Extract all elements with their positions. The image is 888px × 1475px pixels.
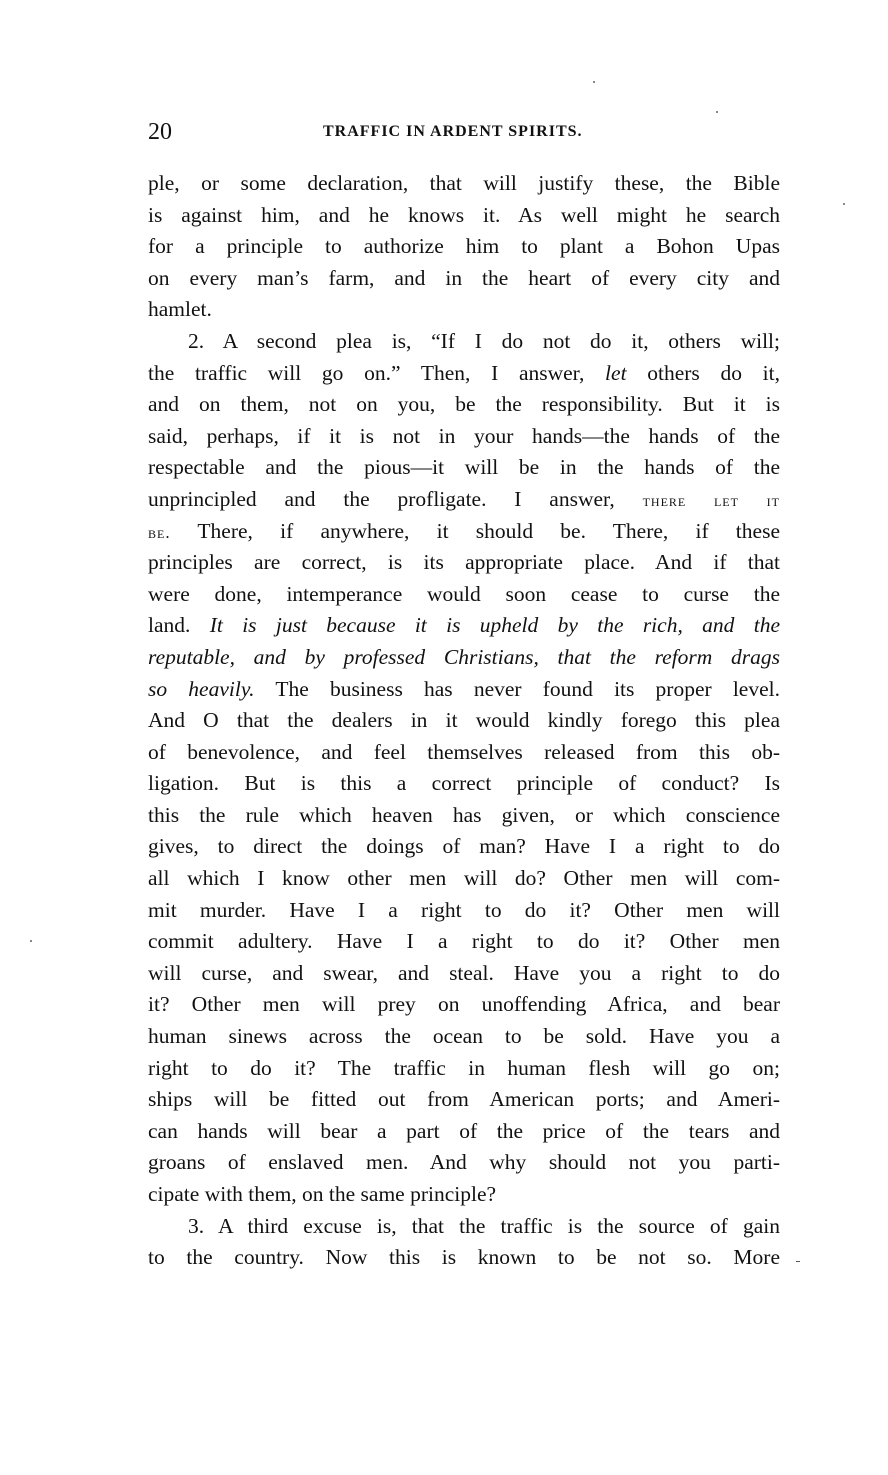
margin-mark	[796, 1261, 800, 1262]
text-line: human sinews across the ocean to be sold…	[148, 1021, 780, 1053]
text-line: this the rule which heaven has given, or…	[148, 800, 780, 832]
text-line: ships will be fitted out from American p…	[148, 1084, 780, 1116]
text-line: groans of enslaved men. And why should n…	[148, 1147, 780, 1179]
italic-emphasis: It is just because it is upheld by the r…	[210, 613, 780, 637]
text-line: gives, to direct the doings of man? Have…	[148, 831, 780, 863]
italic-line: reputable, and by professed Christians, …	[148, 642, 780, 674]
text-line: hamlet.	[148, 294, 780, 326]
small-caps-emphasis: there let it	[643, 491, 780, 510]
text-line: ple, or some declaration, that will just…	[148, 168, 780, 200]
text-line: to the country. Now this is known to be …	[148, 1242, 780, 1274]
text-line: right to do it? The traffic in human fle…	[148, 1053, 780, 1085]
scan-speck	[593, 81, 595, 83]
text-line: said, perhaps, if it is not in your hand…	[148, 421, 780, 453]
running-title: TRAFFIC IN ARDENT SPIRITS.	[323, 120, 583, 144]
italic-emphasis: let	[605, 361, 627, 385]
running-head: 20 TRAFFIC IN ARDENT SPIRITS.	[148, 117, 780, 147]
text-line: were done, intemperance would soon cease…	[148, 579, 780, 611]
text-line: principles are correct, is its appropria…	[148, 547, 780, 579]
text-line: for a principle to authorize him to plan…	[148, 231, 780, 263]
paragraph-2-start: 2. A second plea is, “If I do not do it,…	[148, 326, 780, 358]
scan-speck	[843, 203, 845, 205]
text-line: And O that the dealers in it would kindl…	[148, 705, 780, 737]
text-line: commit adultery. Have I a right to do it…	[148, 926, 780, 958]
paragraph-3-start: 3. A third excuse is, that the traffic i…	[148, 1211, 780, 1243]
text-line: be. There, if anywhere, it should be. Th…	[148, 516, 780, 548]
text-line: and on them, not on you, be the responsi…	[148, 389, 780, 421]
text-line: on every man’s farm, and in the heart of…	[148, 263, 780, 295]
text-line: will curse, and swear, and steal. Have y…	[148, 958, 780, 990]
book-page: 20 TRAFFIC IN ARDENT SPIRITS. ple, or so…	[0, 0, 888, 1475]
text-line: ligation. But is this a correct principl…	[148, 768, 780, 800]
text-line: all which I know other men will do? Othe…	[148, 863, 780, 895]
text-line: it? Other men will prey on unoffending A…	[148, 989, 780, 1021]
text-line: mit murder. Have I a right to do it? Oth…	[148, 895, 780, 927]
small-caps-emphasis: be.	[148, 523, 171, 542]
text-line: cipate with them, on the same principle?	[148, 1179, 780, 1211]
italic-emphasis: so heavily.	[148, 677, 255, 701]
scan-speck	[30, 940, 32, 942]
text-line: the traffic will go on.” Then, I answer,…	[148, 358, 780, 390]
scan-speck	[716, 111, 718, 113]
text-line: respectable and the pious—it will be in …	[148, 452, 780, 484]
text-line: unprincipled and the profligate. I answe…	[148, 484, 780, 516]
page-number: 20	[148, 117, 172, 147]
body-text: ple, or some declaration, that will just…	[148, 168, 780, 1274]
text-line: can hands will bear a part of the price …	[148, 1116, 780, 1148]
text-line: of benevolence, and feel themselves rele…	[148, 737, 780, 769]
text-line: so heavily. The business has never found…	[148, 674, 780, 706]
text-line: land. It is just because it is upheld by…	[148, 610, 780, 642]
text-line: is against him, and he knows it. As well…	[148, 200, 780, 232]
